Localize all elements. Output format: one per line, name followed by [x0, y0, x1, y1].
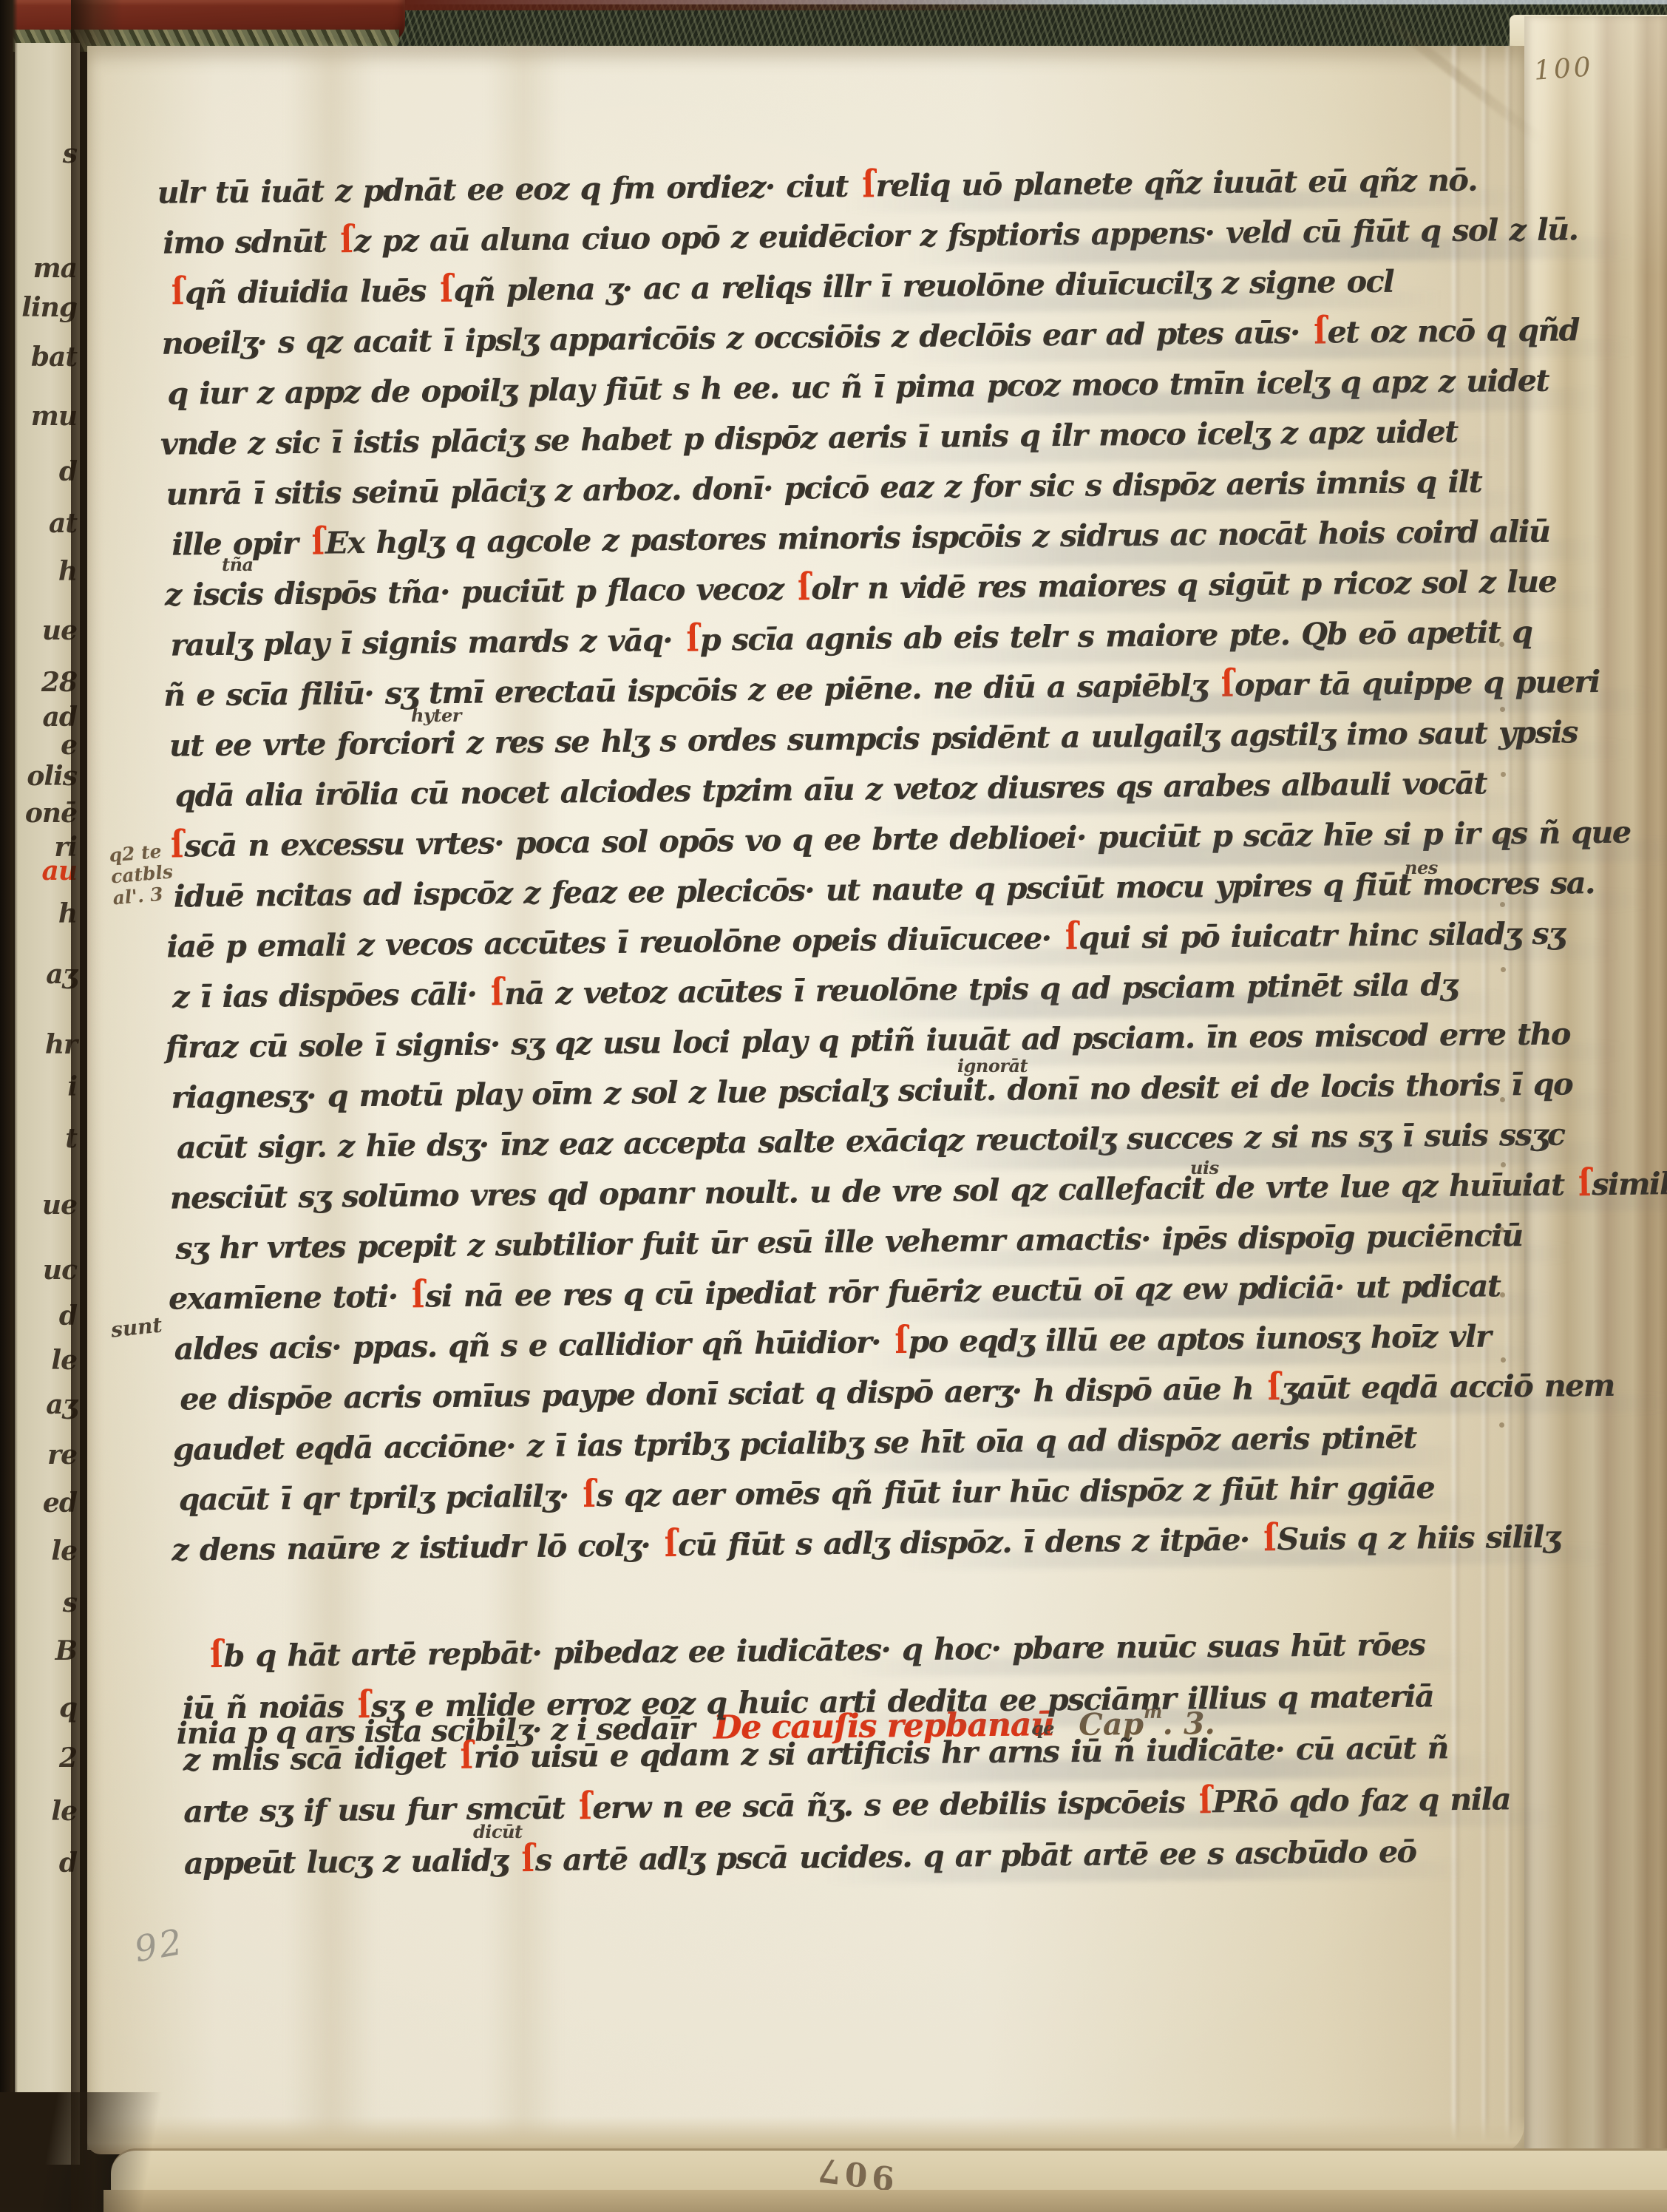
paraph-mark: ſ — [798, 569, 810, 606]
text-line: iduē ncitas ad ispcōz z feaz ee plecicōs… — [174, 868, 1595, 912]
bottom-left-shadow — [0, 2092, 170, 2212]
inner-margin-note: q2 te catbls al'. 3 — [108, 841, 175, 909]
text-line: riagnesʒ· q motū play oīm z sol z lue ps… — [171, 1069, 1572, 1113]
text-line: imo sdnūt ſz pz aū aluna ciuo opō z euid… — [163, 214, 1578, 258]
paraph-mark: ſ — [171, 826, 183, 864]
text-line: nesciūt sʒ solūmo vres qd opanr noult. u… — [169, 1169, 1667, 1214]
interlinear-note: uis — [1190, 1159, 1219, 1177]
bottom-edge-mark: 907 — [812, 2151, 897, 2194]
text-line: z iscis dispōs tña· puciūt p flaco vecoz… — [165, 567, 1557, 611]
folio-number-pencil: 92 — [132, 1924, 186, 1968]
paraph-mark: ſ — [460, 1737, 472, 1774]
paraph-mark: ſ — [412, 1276, 424, 1314]
page-edge-bottom-dark — [103, 2190, 1667, 2212]
interlinear-note: ignorāt — [957, 1057, 1028, 1075]
text-block: inia p q ars ista scibilʒ· z i sedaīrDe … — [161, 165, 1506, 1656]
text-line: qdā alia irōlia cū nocet alciodes tpzim … — [174, 769, 1487, 812]
text-line: sʒ hr vrtes pcepit z subtilior fuit ūr e… — [175, 1221, 1522, 1263]
paraph-mark: ſ — [1221, 665, 1234, 702]
facing-page-text-fragment: onē — [25, 800, 77, 827]
facing-page-text-fragment: olis — [27, 763, 77, 790]
text-line: vnde z sic ī istis plāciʒ se habet p dis… — [160, 417, 1458, 460]
paraph-mark: ſ — [686, 620, 699, 657]
paraph-mark: ſ — [1263, 1519, 1276, 1557]
facing-page-text-fragment: bat — [31, 344, 77, 370]
paraph-mark: ſ — [340, 221, 353, 259]
text-line: ñ e scīa filiū· sʒ tmī erectaū ispcōis z… — [163, 667, 1600, 711]
text-line: iaē p emali z vecos accūtes ī reuolōne o… — [166, 919, 1564, 963]
paraph-mark: ſ — [491, 974, 503, 1011]
paraph-mark: ſ — [894, 1321, 907, 1359]
interlinear-note: dicūt — [473, 1823, 523, 1841]
paraph-mark: ſ — [210, 1635, 223, 1673]
interlinear-note: tña — [222, 556, 254, 574]
text-line: ille opir ſEx hglʒ q agcole z pastores m… — [172, 517, 1549, 560]
interlinear-note: qe — [1031, 1720, 1054, 1737]
facing-page-text-fragment: mu — [31, 403, 77, 430]
facing-page-text-fragment: ling — [21, 294, 77, 321]
text-line: z ī ias dispōes cāli· ſnā z vetoz acūtes… — [172, 970, 1457, 1013]
text-line: examīene toti· ſsi nā ee res q cū ipedia… — [169, 1271, 1501, 1314]
interlinear-note: hyter — [411, 707, 461, 725]
text-line: raulʒ play ī signis mards z vāq· ſp scīa… — [170, 617, 1532, 661]
paraph-mark: ſ — [862, 166, 875, 203]
text-line: qacūt ī qr tprilʒ pcialilʒ· ſs qz aer om… — [178, 1473, 1434, 1515]
text-line: ee dispōe acris omīus paype donī sciat q… — [180, 1371, 1615, 1415]
paraph-mark: ſ — [172, 273, 184, 311]
paraph-mark: ſ — [665, 1524, 677, 1562]
text-line: z dens naūre z istiudr lō colʒ· ſcū fiūt… — [172, 1522, 1559, 1566]
chapter-text-line: ſb q hāt artē repbāt· pibedaz ee iudicāt… — [207, 1630, 1425, 1672]
paraph-mark: ſ — [1314, 312, 1326, 350]
page-number: 100 — [1533, 54, 1595, 85]
text-line: aldes acis· ppas. qñ s e callidior qñ hū… — [174, 1322, 1490, 1365]
text-line: acūt sigr. z hīe dsʒ· īnz eaz accepta sa… — [177, 1120, 1565, 1164]
photo-left-edge — [0, 0, 18, 2212]
paraph-mark: ſ — [583, 1476, 595, 1513]
facing-page-edge: smalingbatmudathue28adeolisonēriauhaʒhri… — [15, 43, 80, 2165]
paraph-mark: ſ — [1065, 917, 1078, 955]
pricking-dot — [1501, 967, 1506, 972]
text-line: ut ee vrte forciori z res se hlʒ s ordes… — [169, 717, 1578, 761]
paraph-mark: ſ — [440, 270, 452, 308]
paraph-mark: ſ — [1267, 1368, 1280, 1406]
text-line: q iur z appz de opoilʒ play fiūt s h ee.… — [167, 366, 1549, 410]
spine-leather-edge — [399, 0, 1109, 10]
paraph-mark: ſ — [311, 523, 324, 560]
text-line: firaz cū sole ī signis· sʒ qz usu loci p… — [166, 1019, 1570, 1062]
text-line: unrā ī sitis seinū plāciʒ z arboz. donī·… — [166, 467, 1481, 510]
paraph-mark: ſ — [579, 1788, 591, 1825]
text-line: ſqñ diuidia luēs ſqñ plena ʒ· ac a reliq… — [169, 267, 1393, 309]
interlinear-note: nes — [1405, 859, 1438, 877]
paraph-mark: ſ — [1578, 1164, 1591, 1202]
paraph-mark: ſ — [358, 1686, 370, 1724]
text-line: gaudet eqdā acciōne· z ī ias tpribʒ pcia… — [173, 1422, 1416, 1465]
paraph-mark: ſ — [521, 1839, 534, 1877]
pricking-dot — [1501, 772, 1506, 777]
gutter-gloss: sunt — [110, 1314, 163, 1340]
paraph-mark: ſ — [1199, 1782, 1212, 1819]
text-line: ſscā n excessu vrtes· poca sol opōs vo q… — [168, 818, 1631, 862]
text-line: noeilʒ· s qz acait ī ipslʒ apparicōis z … — [161, 315, 1579, 359]
